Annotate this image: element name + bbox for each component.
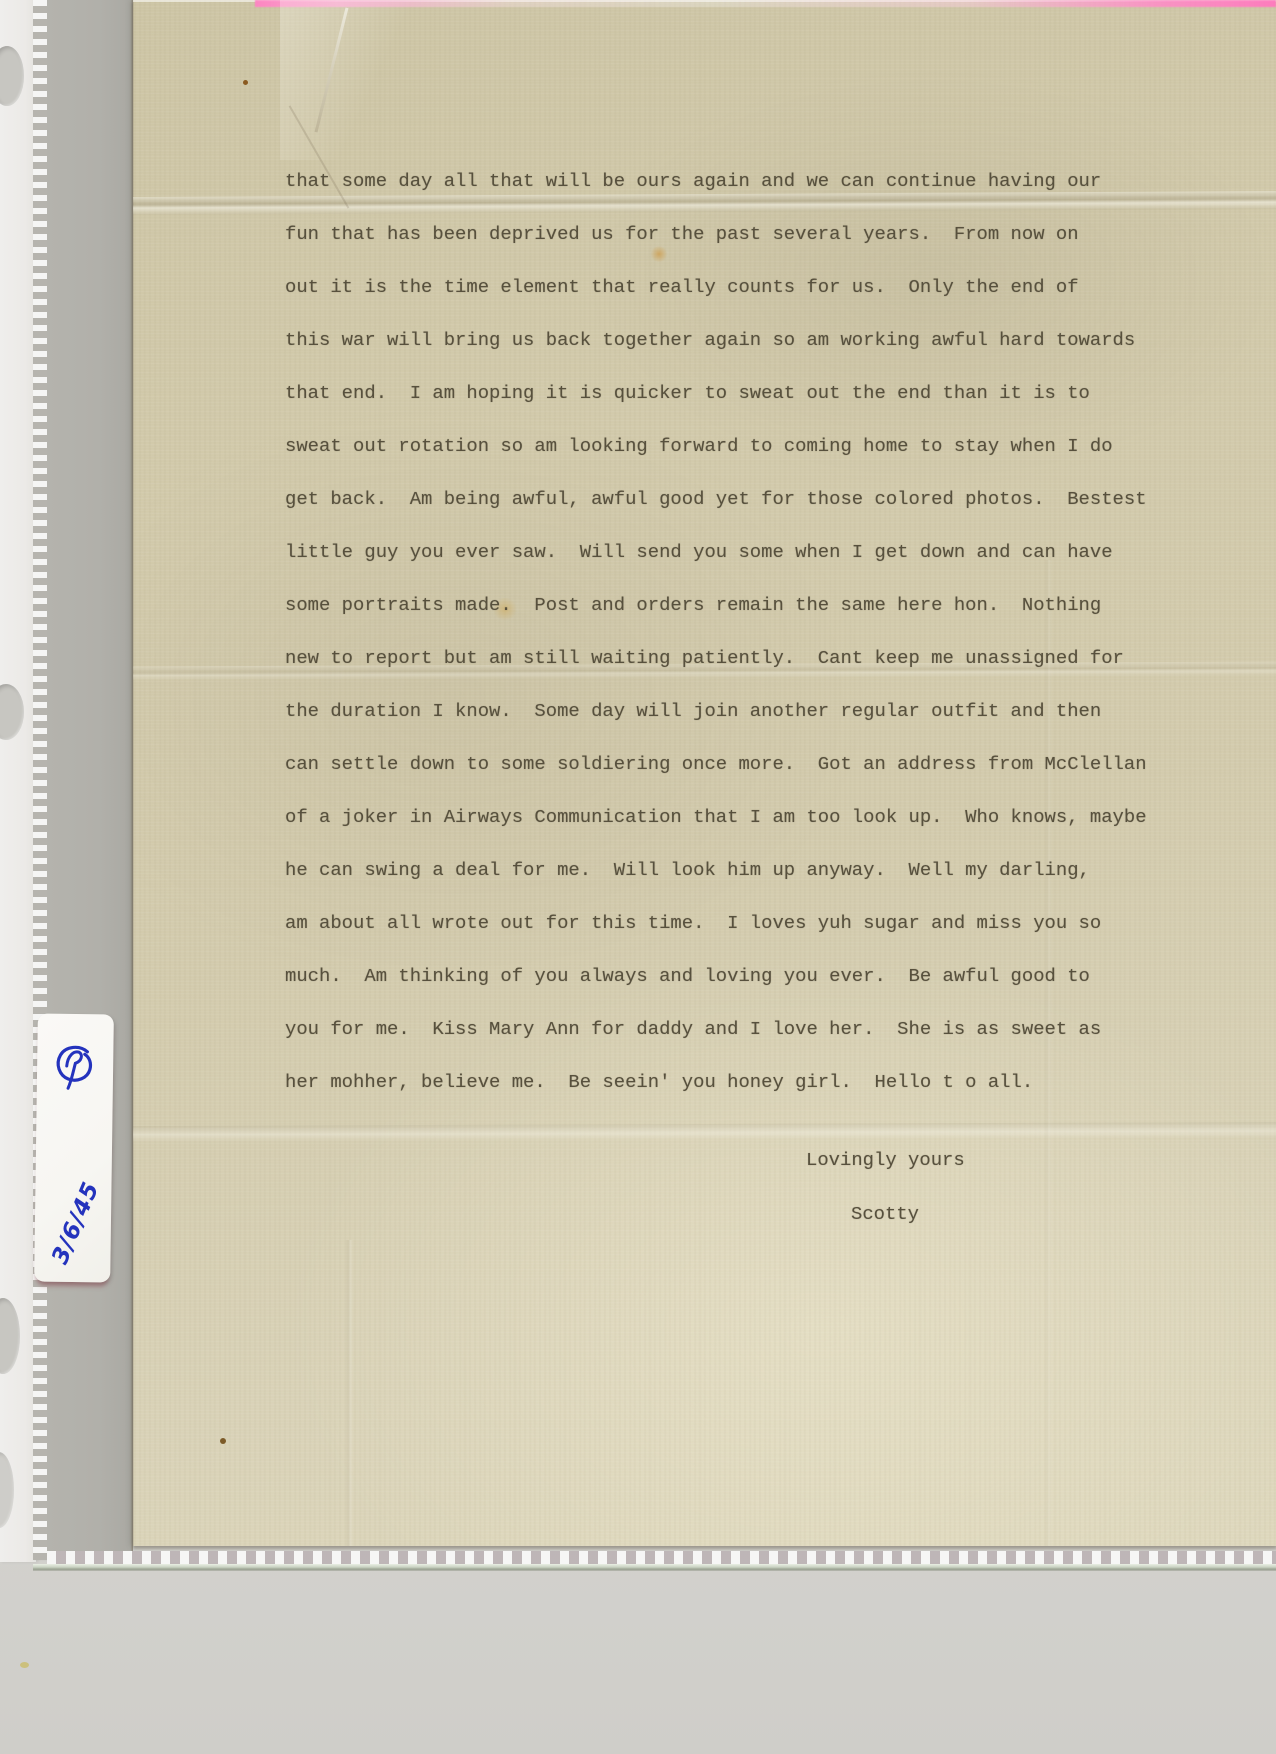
- letter-line: can settle down to some soldiering once …: [285, 738, 1165, 791]
- letter-line: of a joker in Airways Communication that…: [285, 791, 1165, 844]
- letter-line: this war will bring us back together aga…: [285, 314, 1165, 367]
- letter-line: her mohher, believe me. Be seein' you ho…: [285, 1056, 1165, 1109]
- letter-line: little guy you ever saw. Will send you s…: [285, 526, 1165, 579]
- sleeve-weld-seam-left: [33, 0, 47, 1560]
- letter-line: get back. Am being awful, awful good yet…: [285, 473, 1165, 526]
- scanner-bed-speck: [20, 1662, 29, 1668]
- letter-line: fun that has been deprived us for the pa…: [285, 208, 1165, 261]
- letter-closing: Lovingly yours: [806, 1147, 965, 1173]
- letter-line: you for me. Kiss Mary Ann for daddy and …: [285, 1003, 1165, 1056]
- letter-line: some portraits made. Post and orders rem…: [285, 579, 1165, 632]
- letter-line: new to report but am still waiting patie…: [285, 632, 1165, 685]
- letter-line: out it is the time element that really c…: [285, 261, 1165, 314]
- sleeve-weld-seam-bottom: [47, 1551, 1276, 1564]
- letter-body: that some day all that will be ours agai…: [285, 155, 1165, 1109]
- letter-signature: Scotty: [851, 1201, 919, 1227]
- binder-hole: [0, 684, 24, 740]
- binder-hole: [0, 1452, 14, 1528]
- binder-hole: [0, 46, 24, 106]
- binder-hole: [0, 1298, 20, 1374]
- letter-line: sweat out rotation so am looking forward…: [285, 420, 1165, 473]
- letter-line: am about all wrote out for this time. I …: [285, 897, 1165, 950]
- handwritten-date: 3/6/45: [43, 1167, 110, 1278]
- scan-background: that some day all that will be ours agai…: [0, 0, 1276, 1754]
- letter-line: that end. I am hoping it is quicker to s…: [285, 367, 1165, 420]
- handwritten-circled-d-mark: [50, 1038, 105, 1096]
- letter-line: that some day all that will be ours agai…: [285, 155, 1165, 208]
- sheet-protector-sleeve: [47, 0, 133, 1566]
- letter-line: he can swing a deal for me. Will look hi…: [285, 844, 1165, 897]
- label-sticker: 3/6/45: [34, 1013, 114, 1282]
- letter-line: much. Am thinking of you always and lovi…: [285, 950, 1165, 1003]
- binder-strip: [0, 0, 36, 1562]
- scan-edge-pink-artifact: [255, 0, 1276, 7]
- letter-line: the duration I know. Some day will join …: [285, 685, 1165, 738]
- sleeve-bottom-edge: [33, 1564, 1276, 1571]
